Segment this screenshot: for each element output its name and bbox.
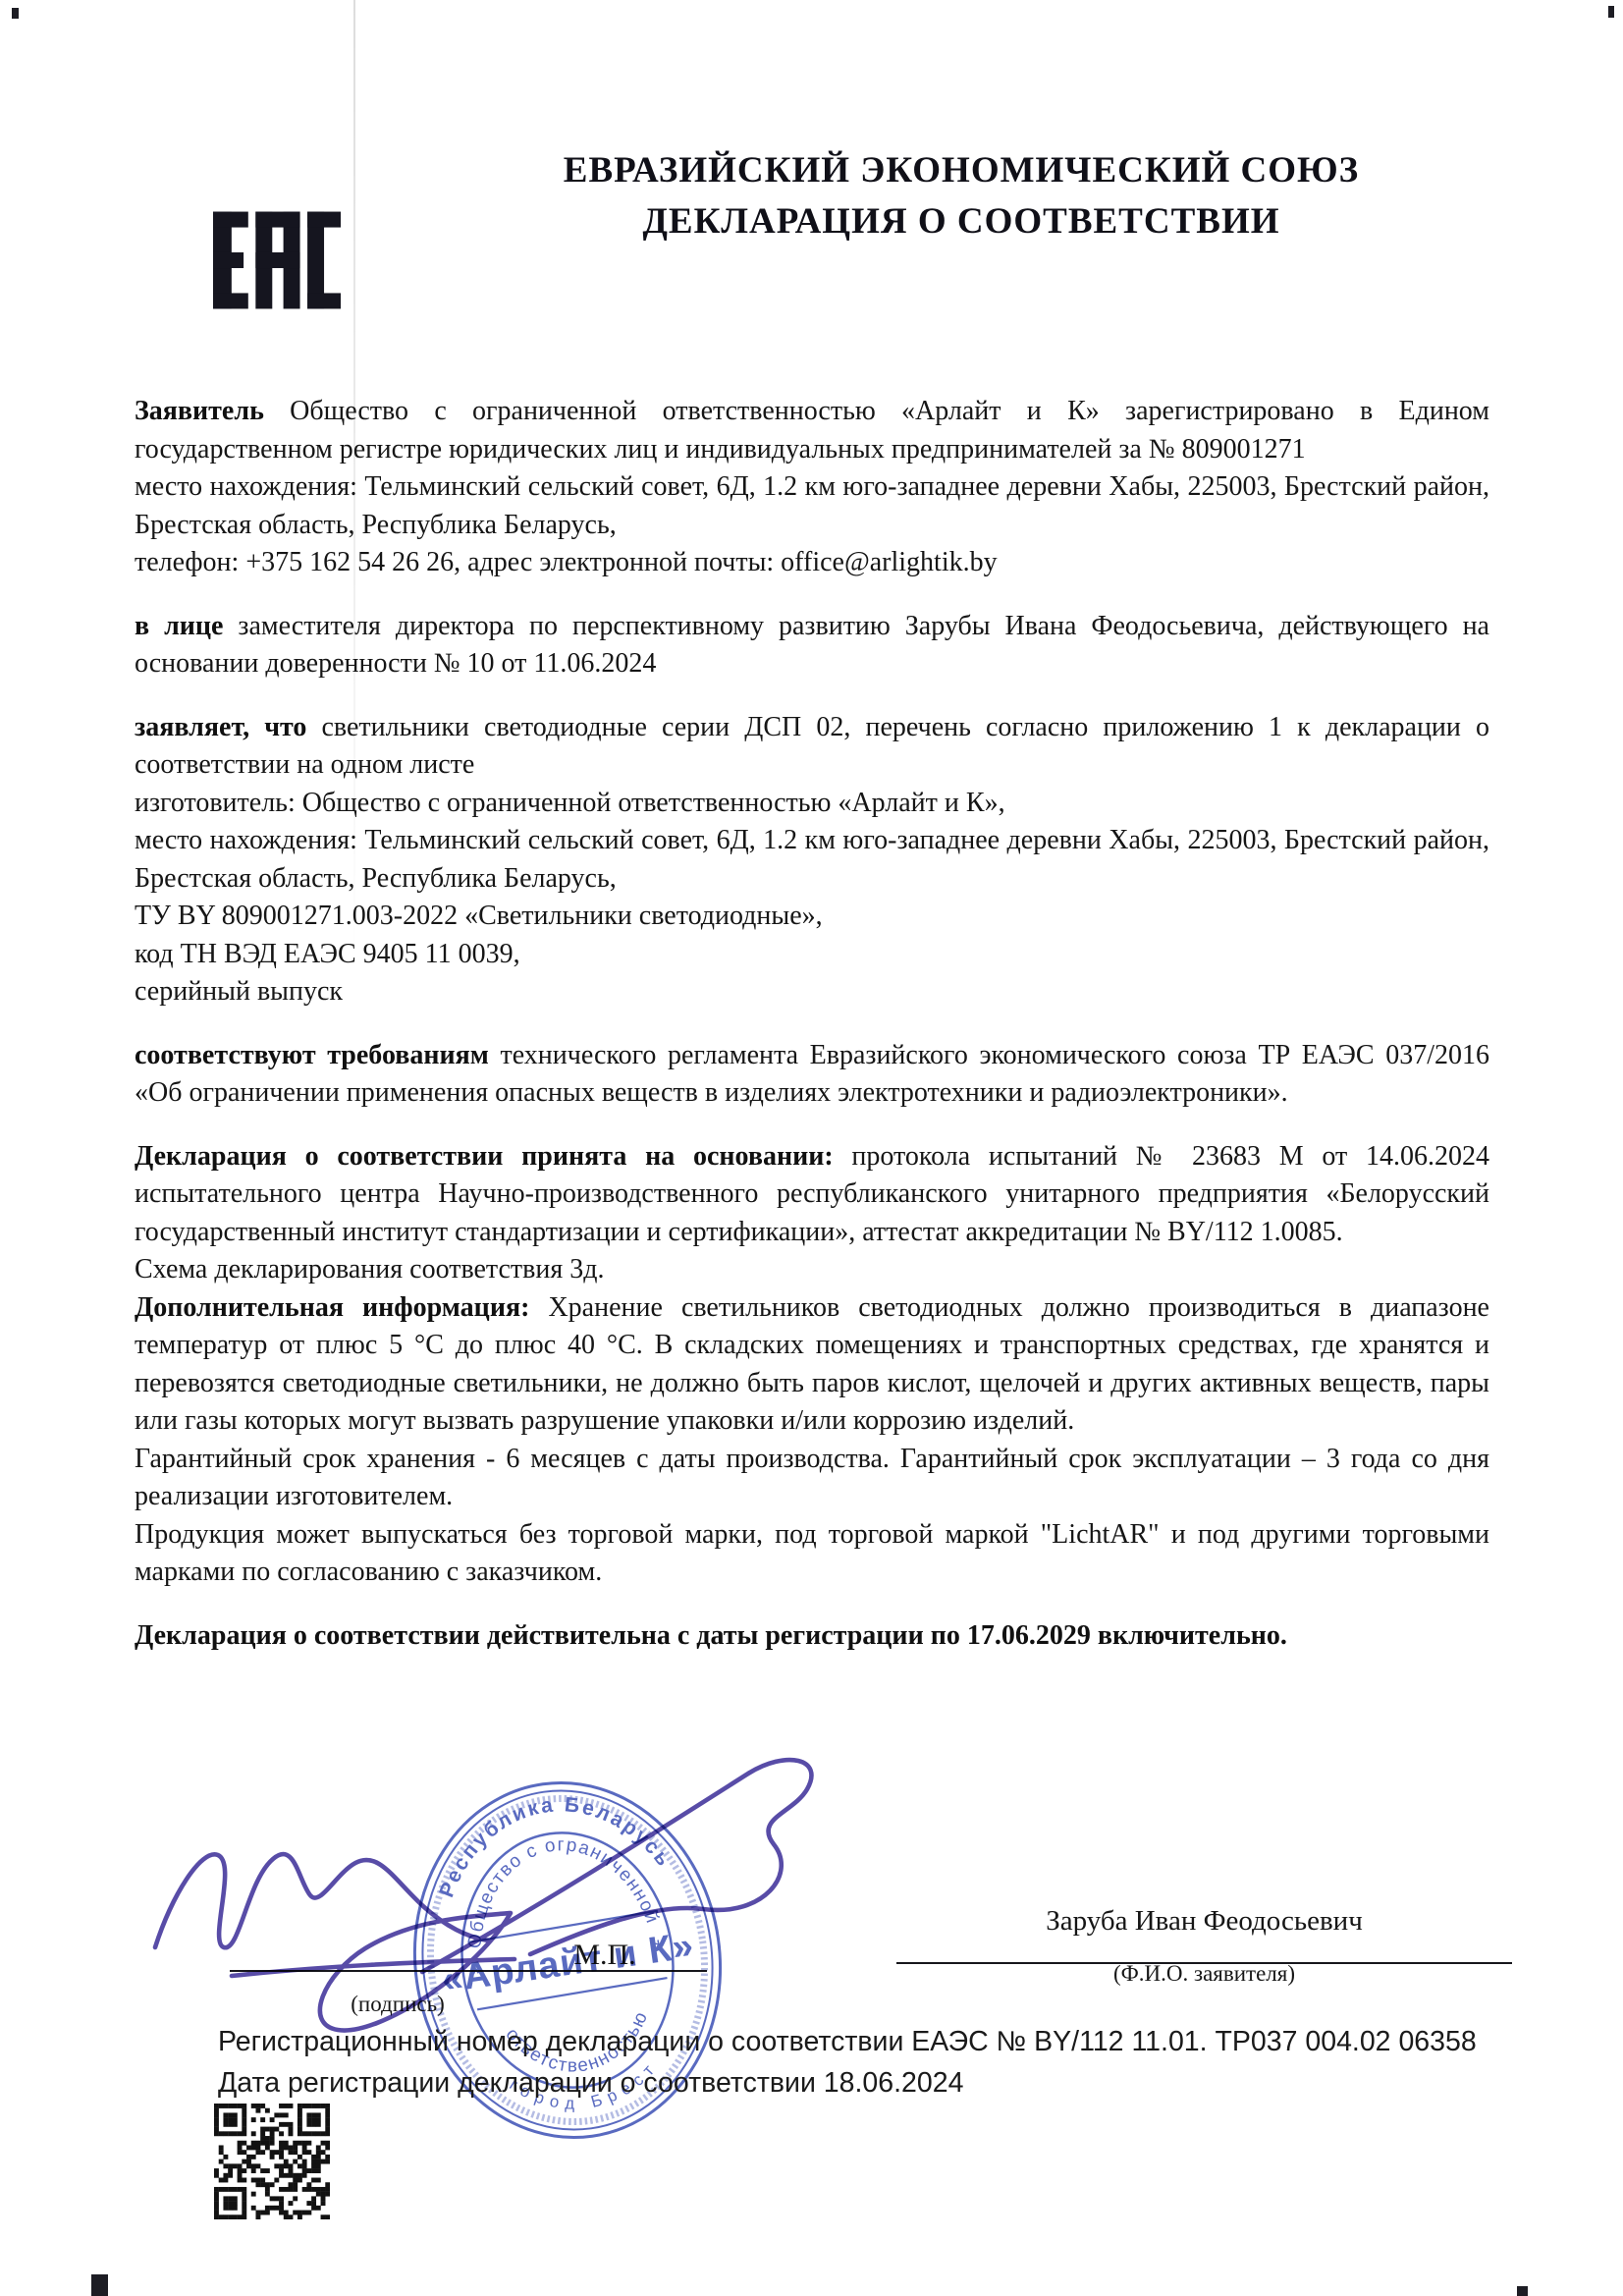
paragraph: Декларация о соответствии действительна … bbox=[135, 1617, 1489, 1656]
paragraph-segment: серийный выпуск bbox=[135, 973, 1489, 1011]
paragraph-segment: Декларация о соответствии действительна … bbox=[135, 1617, 1489, 1656]
registration-date-line: Дата регистрации декларации о соответств… bbox=[218, 2062, 1553, 2104]
paragraph: заявляет, что светильники светодиодные с… bbox=[135, 709, 1489, 1011]
paragraph-segment: ТУ BY 809001271.003-2022 «Светильники св… bbox=[135, 898, 1489, 936]
paragraph-segment: изготовитель: Общество с ограниченной от… bbox=[135, 785, 1489, 823]
scan-speck bbox=[1517, 2286, 1528, 2296]
paragraph-segment: телефон: +375 162 54 26 26, адрес электр… bbox=[135, 544, 1489, 582]
paragraph-segment: Схема декларирования соответствия 3д. bbox=[135, 1251, 1489, 1289]
paragraph-segment: код ТН ВЭД ЕАЭС 9405 11 0039, bbox=[135, 936, 1489, 974]
paragraph: в лице заместителя директора по перспект… bbox=[135, 608, 1489, 683]
title-line-2: ДЕКЛАРАЦИЯ О СООТВЕТСТВИИ bbox=[339, 196, 1584, 247]
qr-code bbox=[214, 2104, 330, 2219]
paragraph: соответствуют требованиям технического р… bbox=[135, 1037, 1489, 1113]
paragraph: Дополнительная информация: Хранение свет… bbox=[135, 1289, 1489, 1592]
registration-block: Регистрационный номер декларации о соотв… bbox=[218, 2021, 1553, 2104]
paragraph-segment: место нахождения: Тельминский сельский с… bbox=[135, 822, 1489, 898]
document-title: ЕВРАЗИЙСКИЙ ЭКОНОМИЧЕСКИЙ СОЮЗ ДЕКЛАРАЦИ… bbox=[339, 145, 1584, 247]
registration-number-line: Регистрационный номер декларации о соотв… bbox=[218, 2021, 1553, 2062]
handwritten-signature bbox=[98, 1748, 1080, 2062]
paragraph-segment: заявляет, что светильники светодиодные с… bbox=[135, 709, 1489, 785]
paragraph-segment: Дополнительная информация: Хранение свет… bbox=[135, 1289, 1489, 1441]
scan-speck bbox=[1608, 6, 1614, 18]
paragraph-segment: Декларация о соответствии принята на осн… bbox=[135, 1138, 1489, 1252]
paragraph-segment: Продукция может выпускаться без торговой… bbox=[135, 1516, 1489, 1592]
eac-logo-icon bbox=[213, 208, 341, 312]
paragraph-segment: в лице заместителя директора по перспект… bbox=[135, 608, 1489, 683]
paragraph-segment: Заявитель Общество с ограниченной ответс… bbox=[135, 393, 1489, 468]
paragraph: Декларация о соответствии принята на осн… bbox=[135, 1138, 1489, 1289]
scan-speck bbox=[91, 2274, 108, 2296]
paragraph-segment: место нахождения: Тельминский сельский с… bbox=[135, 468, 1489, 544]
document-paragraphs: Заявитель Общество с ограниченной ответс… bbox=[135, 393, 1489, 1680]
paragraph: Заявитель Общество с ограниченной ответс… bbox=[135, 393, 1489, 582]
title-line-1: ЕВРАЗИЙСКИЙ ЭКОНОМИЧЕСКИЙ СОЮЗ bbox=[339, 145, 1584, 196]
declaration-page: ЕВРАЗИЙСКИЙ ЭКОНОМИЧЕСКИЙ СОЮЗ ДЕКЛАРАЦИ… bbox=[0, 0, 1623, 2296]
paragraph-segment: Гарантийный срок хранения - 6 месяцев с … bbox=[135, 1441, 1489, 1516]
paragraph-segment: соответствуют требованиям технического р… bbox=[135, 1037, 1489, 1113]
scan-speck bbox=[12, 8, 19, 19]
